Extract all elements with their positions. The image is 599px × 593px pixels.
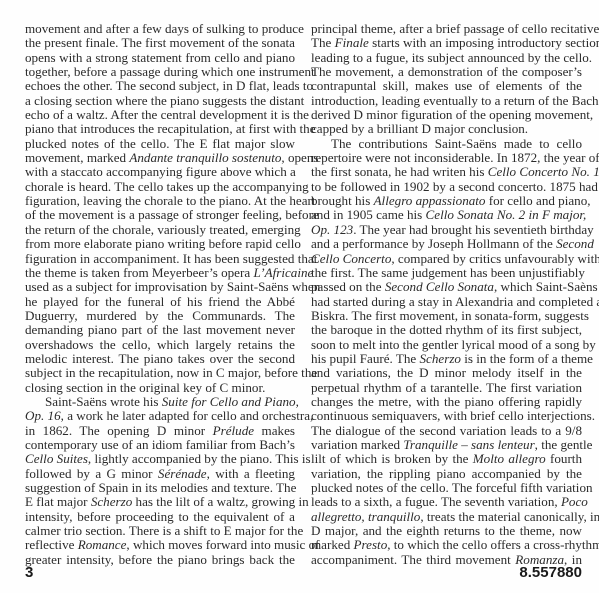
right-text-column: principal theme, after a brief passage o… <box>311 22 582 567</box>
text-line: Saint-Saëns wrote his Suite for Cello an… <box>25 395 295 409</box>
text-line: opens with a strong statement from cello… <box>25 51 295 65</box>
text-line: figuration in accompaniment. It has been… <box>25 252 295 266</box>
text-line: echoes the other. The second subject, in… <box>25 79 295 93</box>
text-line: the theme is taken from Meyerbeer’s oper… <box>25 266 295 280</box>
text-line: calmer trio section. There is a shift to… <box>25 524 295 538</box>
text-line: subject in the recapitulation, now in C … <box>25 366 295 380</box>
text-line: his pupil Fauré. The Scherzo is in the f… <box>311 352 582 366</box>
text-line: soon to melt into the gentler lyrical mo… <box>311 338 582 352</box>
text-line: and variations, the D minor melody itsel… <box>311 366 582 380</box>
text-line: leads to a sixth, a fugue. The seventh v… <box>311 495 582 509</box>
text-line: and in 1905 came his Cello Sonata No. 2 … <box>311 208 582 222</box>
text-line: melodic interest. The piano takes over t… <box>25 352 295 366</box>
text-line: plucked notes of the cello. The forceful… <box>311 481 582 495</box>
text-line: The movement, a demonstration of the com… <box>311 65 582 79</box>
text-line: reflective Romance, which moves forward … <box>25 538 295 552</box>
text-line: capped by a brilliant D major conclusion… <box>311 122 582 136</box>
text-line: marked Presto, to which the cello offers… <box>311 538 582 552</box>
text-line: echo of a waltz. After the central devel… <box>25 108 295 122</box>
text-line: E flat major Scherzo has the lilt of a w… <box>25 495 295 509</box>
text-line: with a staccato accompanying figure abov… <box>25 165 295 179</box>
text-line: The contributions Saint-Saëns made to ce… <box>311 137 582 151</box>
text-line: the first sonata, he had writen his Cell… <box>311 165 582 179</box>
text-line: movement and after a few days of sulking… <box>25 22 295 36</box>
text-line: continuous semiquavers, with brief cello… <box>311 409 582 423</box>
text-line: Duguerry, murdered by the Communards. Th… <box>25 309 295 323</box>
text-line: of the movement is a passage of stronger… <box>25 208 295 222</box>
text-line: Op. 123. The year had brought his sevent… <box>311 223 582 237</box>
text-line: lilt of which is broken by the Molto all… <box>311 452 582 466</box>
text-line: to be followed in 1902 by a second conce… <box>311 180 582 194</box>
text-line: contemporary use of an idiom familiar fr… <box>25 438 295 452</box>
text-line: greater intensity, before the piano brin… <box>25 553 295 567</box>
text-line: changes the metre, with the piano offeri… <box>311 395 582 409</box>
text-line: chorale is heard. The cello takes up the… <box>25 180 295 194</box>
text-line: the return of the chorale, variously tre… <box>25 223 295 237</box>
text-line: overshadows the cello, which largely ret… <box>25 338 295 352</box>
text-line: in 1862. The opening D minor Prélude mak… <box>25 424 295 438</box>
text-line: allegretto, tranquillo, treats the mater… <box>311 510 582 524</box>
text-line: D major, and the eighth returns to the t… <box>311 524 582 538</box>
text-line: Cello Suites, lightly accompanied by the… <box>25 452 295 466</box>
booklet-page: movement and after a few days of sulking… <box>0 0 599 593</box>
text-line: principal theme, after a brief passage o… <box>311 22 582 36</box>
page-number: 3 <box>25 564 33 581</box>
text-line: he played for the funeral of his friend … <box>25 295 295 309</box>
text-line: followed by a G minor Sérénade, with a f… <box>25 467 295 481</box>
text-line: figuration, leaving the chorale to the p… <box>25 194 295 208</box>
text-line: passed on the Second Cello Sonata, which… <box>311 280 582 294</box>
text-line: the first. The same judgement has been u… <box>311 266 582 280</box>
text-line: Op. 16, a work he later adapted for cell… <box>25 409 295 423</box>
text-line: leading to a fugue, its subject announce… <box>311 51 582 65</box>
text-line: introduction, leading eventually to a re… <box>311 94 582 108</box>
text-line: demanding piano part of the last movemen… <box>25 323 295 337</box>
left-text-column: movement and after a few days of sulking… <box>25 22 295 567</box>
text-line: contrapuntal skill, makes use of element… <box>311 79 582 93</box>
text-line: The dialogue of the second variation lea… <box>311 424 582 438</box>
text-line: used as a subject for improvisation by S… <box>25 280 295 294</box>
text-line: variation, the rippling piano accompanie… <box>311 467 582 481</box>
text-line: a closing section where the piano sugges… <box>25 94 295 108</box>
text-line: repertoire were not inconsiderable. In 1… <box>311 151 582 165</box>
text-line: The Finale starts with an imposing intro… <box>311 36 582 50</box>
text-line: from more elaborate piano writing before… <box>25 237 295 251</box>
text-line: Cello Concerto, compared by critics unfa… <box>311 252 582 266</box>
text-line: derived D minor figuration of the openin… <box>311 108 582 122</box>
text-line: perpetual rhythm of a tarantelle. The fi… <box>311 381 582 395</box>
text-line: variation marked Tranquille – sans lente… <box>311 438 582 452</box>
text-line: closing section in the original key of C… <box>25 381 295 395</box>
text-line: intensity, before proceeding to the equi… <box>25 510 295 524</box>
text-line: brought his Allegro appassionato for cel… <box>311 194 582 208</box>
text-line: the present finale. The first movement o… <box>25 36 295 50</box>
catalogue-number: 8.557880 <box>519 564 582 581</box>
text-line: piano that introduces the recapitulation… <box>25 122 295 136</box>
text-line: movement, marked Andante tranquillo sost… <box>25 151 295 165</box>
text-line: Biskra. The first movement, in sonata-fo… <box>311 309 582 323</box>
text-line: suggestion of Spain in its melodies and … <box>25 481 295 495</box>
text-line: and a performance by Joseph Hollmann of … <box>311 237 582 251</box>
text-line: had started during a stay in Alexandria … <box>311 295 582 309</box>
text-line: the baroque in the dotted rhythm of its … <box>311 323 582 337</box>
text-line: plucked notes of the cello. The E flat m… <box>25 137 295 151</box>
text-line: together, before a passage during which … <box>25 65 295 79</box>
